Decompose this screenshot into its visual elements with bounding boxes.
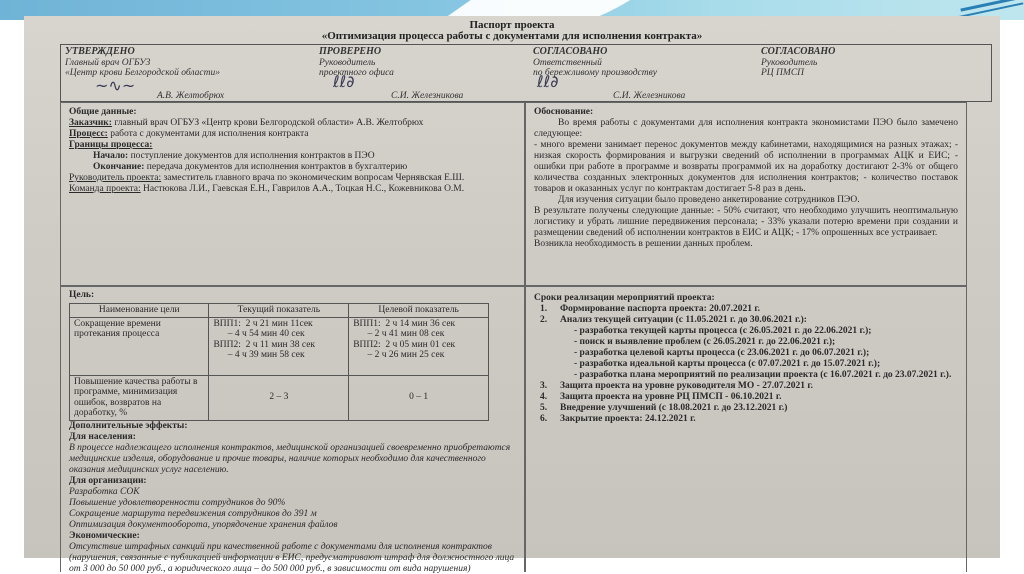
population-label: Для населения: [69,432,516,443]
process-end-field: Окончание: передача документов для испол… [69,162,516,173]
signature-agreed-lean: СОГЛАСОВАНО Ответственный по бережливому… [533,47,733,79]
sub-item: - поиск и выявление проблем (с 26.05.202… [560,337,958,348]
rationale-paragraph: - много времени занимает перенос докумен… [534,140,958,195]
rationale-paragraph: Для изучения ситуации было проведено анк… [534,195,958,206]
list-item: 4.Защита проекта на уровне РЦ ПМСП - 06.… [560,392,958,403]
process-start-field: Начало: поступление документов для испол… [69,151,516,162]
list-item: 3.Защита проекта на уровне руководителя … [560,381,958,392]
list-item: 1.Формирование паспорта проекта: 20.07.2… [560,304,958,315]
project-team-field: Команда проекта: Настюкова Л.И., Гаевска… [69,184,516,195]
organization-label: Для организации: [69,476,516,487]
customer-field: Заказчик: главный врач ОГБУЗ «Центр кров… [69,118,516,129]
rationale-paragraph: В результате получены следующие данные: … [534,206,958,239]
general-data-section: Общие данные: Заказчик: главный врач ОГБ… [60,102,525,286]
table-row: Сокращение времени протекания процесса В… [70,317,489,375]
sub-item: - разработка текущей карты процесса (с 2… [560,326,958,337]
population-text: В процессе надлежащего исполнения контра… [69,443,516,476]
economic-label: Экономические: [69,531,516,542]
handwritten-signature-icon: ℓℓ∂ [537,77,559,88]
goal-section: Цель: Наименование цели Текущий показате… [60,286,525,572]
handwritten-signature-icon: ℓℓ∂ [333,77,355,88]
economic-text: Отсутствие штрафных санкций при качестве… [69,542,516,574]
column-header: Текущий показатель [209,304,349,318]
list-item: 6.Закрытие проекта: 24.12.2021 г. [560,414,958,425]
project-leader-field: Руководитель проекта: заместитель главно… [69,173,516,184]
current-value: 2 – 3 [209,375,349,420]
signature-approved: УТВЕРЖДЕНО Главный врач ОГБУЗ «Центр кро… [65,47,295,79]
list-item: 5.Внедрение улучшений (с 18.08.2021 г. д… [560,403,958,414]
target-value: ВПП1: 2 ч 14 мин 36 сек – 2 ч 41 мин 08 … [349,317,489,375]
approval-signatures: УТВЕРЖДЕНО Главный врач ОГБУЗ «Центр кро… [60,44,992,102]
process-boundaries-label: Границы процесса: [69,140,516,151]
target-value: 0 – 1 [349,375,489,420]
rationale-section: Обоснование: Во время работы с документа… [525,102,967,286]
project-passport-document: Паспорт проекта «Оптимизация процесса ра… [24,16,1000,558]
milestones-list: 1.Формирование паспорта проекта: 20.07.2… [534,304,958,425]
organization-item: Сокращение маршрута передвижения сотрудн… [69,509,516,520]
section-heading: Обоснование: [534,107,958,118]
sub-item: - разработка целевой карты процесса (с 2… [560,348,958,359]
column-header: Целевой показатель [349,304,489,318]
signature-agreed-rc: СОГЛАСОВАНО Руководитель РЦ ПМСП [761,47,961,79]
sub-item: - разработка плана мероприятий по реализ… [560,370,958,381]
goal-name: Повышение качества работы в программе, м… [70,375,209,420]
handwritten-signature-icon: ~∿~ [95,81,135,92]
document-subtitle: «Оптимизация процесса работы с документа… [24,30,1000,42]
additional-effects-heading: Дополнительные эффекты: [69,421,516,432]
signature-checked: ПРОВЕРЕНО Руководитель проектного офиса … [319,47,519,79]
rationale-paragraph: Во время работы с документами для исполн… [534,118,958,140]
organization-item: Повышение удовлетворенности сотрудников … [69,498,516,509]
column-header: Наименование цели [70,304,209,318]
organization-item: Оптимизация документооборота, упорядочен… [69,520,516,531]
goal-name: Сокращение времени протекания процесса [70,317,209,375]
goals-table: Наименование цели Текущий показатель Цел… [69,303,489,421]
table-row: Повышение качества работы в программе, м… [70,375,489,420]
current-value: ВПП1: 2 ч 21 мин 11сек – 4 ч 54 мин 40 с… [209,317,349,375]
deadlines-section: Сроки реализации мероприятий проекта: 1.… [525,286,967,572]
sub-item: - разработка идеальной карты процесса (с… [560,359,958,370]
section-heading: Сроки реализации мероприятий проекта: [534,293,958,304]
section-heading: Общие данные: [69,107,516,118]
section-heading: Цель: [69,290,516,301]
organization-item: Разработка СОК [69,487,516,498]
rationale-paragraph: Возникла необходимость в решении данных … [534,239,958,250]
table-header-row: Наименование цели Текущий показатель Цел… [70,304,489,318]
list-item: 2.Анализ текущей ситуации (с 11.05.2021 … [560,315,958,381]
process-field: Процесс: работа с документами для исполн… [69,129,516,140]
